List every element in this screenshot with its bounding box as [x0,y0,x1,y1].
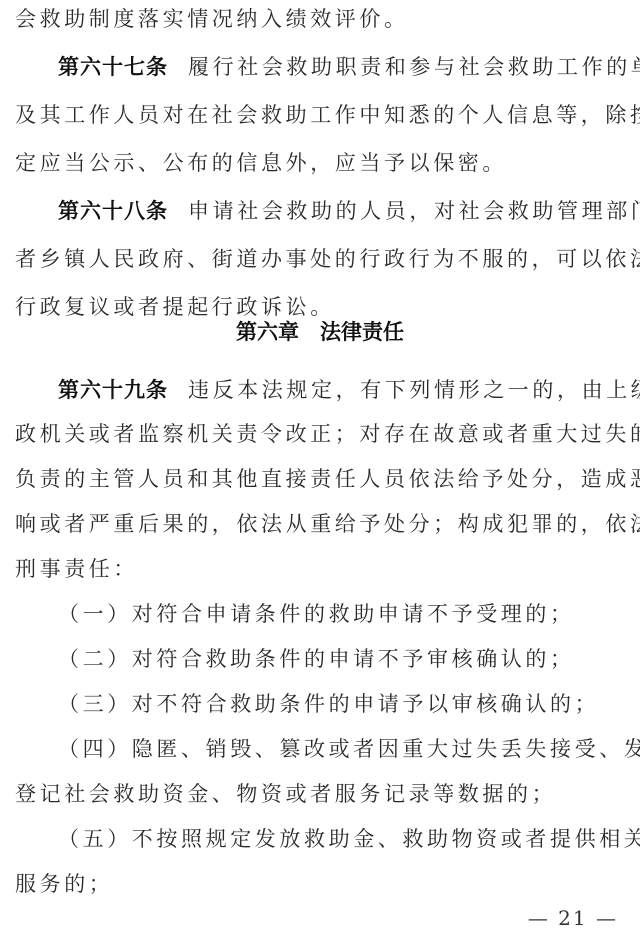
article-69-line: 第六十九条违反本法规定，有下列情形之一的，由上级行 [58,376,630,404]
paragraph-line: 负责的主管人员和其他直接责任人员依法给予处分，造成恶劣影 [15,465,630,493]
paragraph-line: 政机关或者监察机关责令改正；对存在故意或者重大过失的直接 [15,420,630,448]
page-number: — 21 — [528,904,618,932]
article-number: 第六十九条 [58,378,168,402]
paragraph-line: 定应当公示、公布的信息外，应当予以保密。 [15,149,630,177]
paragraph-line: 及其工作人员对在社会救助工作中知悉的个人信息等，除按照规 [15,101,630,129]
list-item: （一）对符合申请条件的救助申请不予受理的； [58,600,630,628]
article-67-line: 第六十七条履行社会救助职责和参与社会救助工作的单位 [58,53,630,81]
list-item: （四）隐匿、销毁、篡改或者因重大过失丢失接受、发放、 [58,735,630,763]
paragraph-line: 者乡镇人民政府、街道办事处的行政行为不服的，可以依法申请 [15,245,630,273]
article-text: 申请社会救助的人员，对社会救助管理部门或 [188,199,640,223]
article-number: 第六十八条 [58,199,168,223]
list-item: （三）对不符合救助条件的申请予以审核确认的； [58,690,630,718]
list-item: （五）不按照规定发放救助金、救助物资或者提供相关救助 [58,825,630,853]
chapter-heading: 第六章 法律责任 [0,318,640,346]
paragraph-line: 服务的； [15,870,630,898]
paragraph-line: 登记社会救助资金、物资或者服务记录等数据的； [15,780,630,808]
article-number: 第六十七条 [58,55,168,79]
paragraph-line: 行政复议或者提起行政诉讼。 [15,293,630,321]
article-text: 履行社会救助职责和参与社会救助工作的单位 [188,55,640,79]
paragraph-line: 刑事责任： [15,555,630,583]
paragraph-line: 会救助制度落实情况纳入绩效评价。 [15,5,630,33]
article-68-line: 第六十八条申请社会救助的人员，对社会救助管理部门或 [58,197,630,225]
paragraph-line: 响或者严重后果的，依法从重给予处分；构成犯罪的，依法追究 [15,510,630,538]
list-item: （二）对符合救助条件的申请不予审核确认的； [58,645,630,673]
article-text: 违反本法规定，有下列情形之一的，由上级行 [188,378,640,402]
